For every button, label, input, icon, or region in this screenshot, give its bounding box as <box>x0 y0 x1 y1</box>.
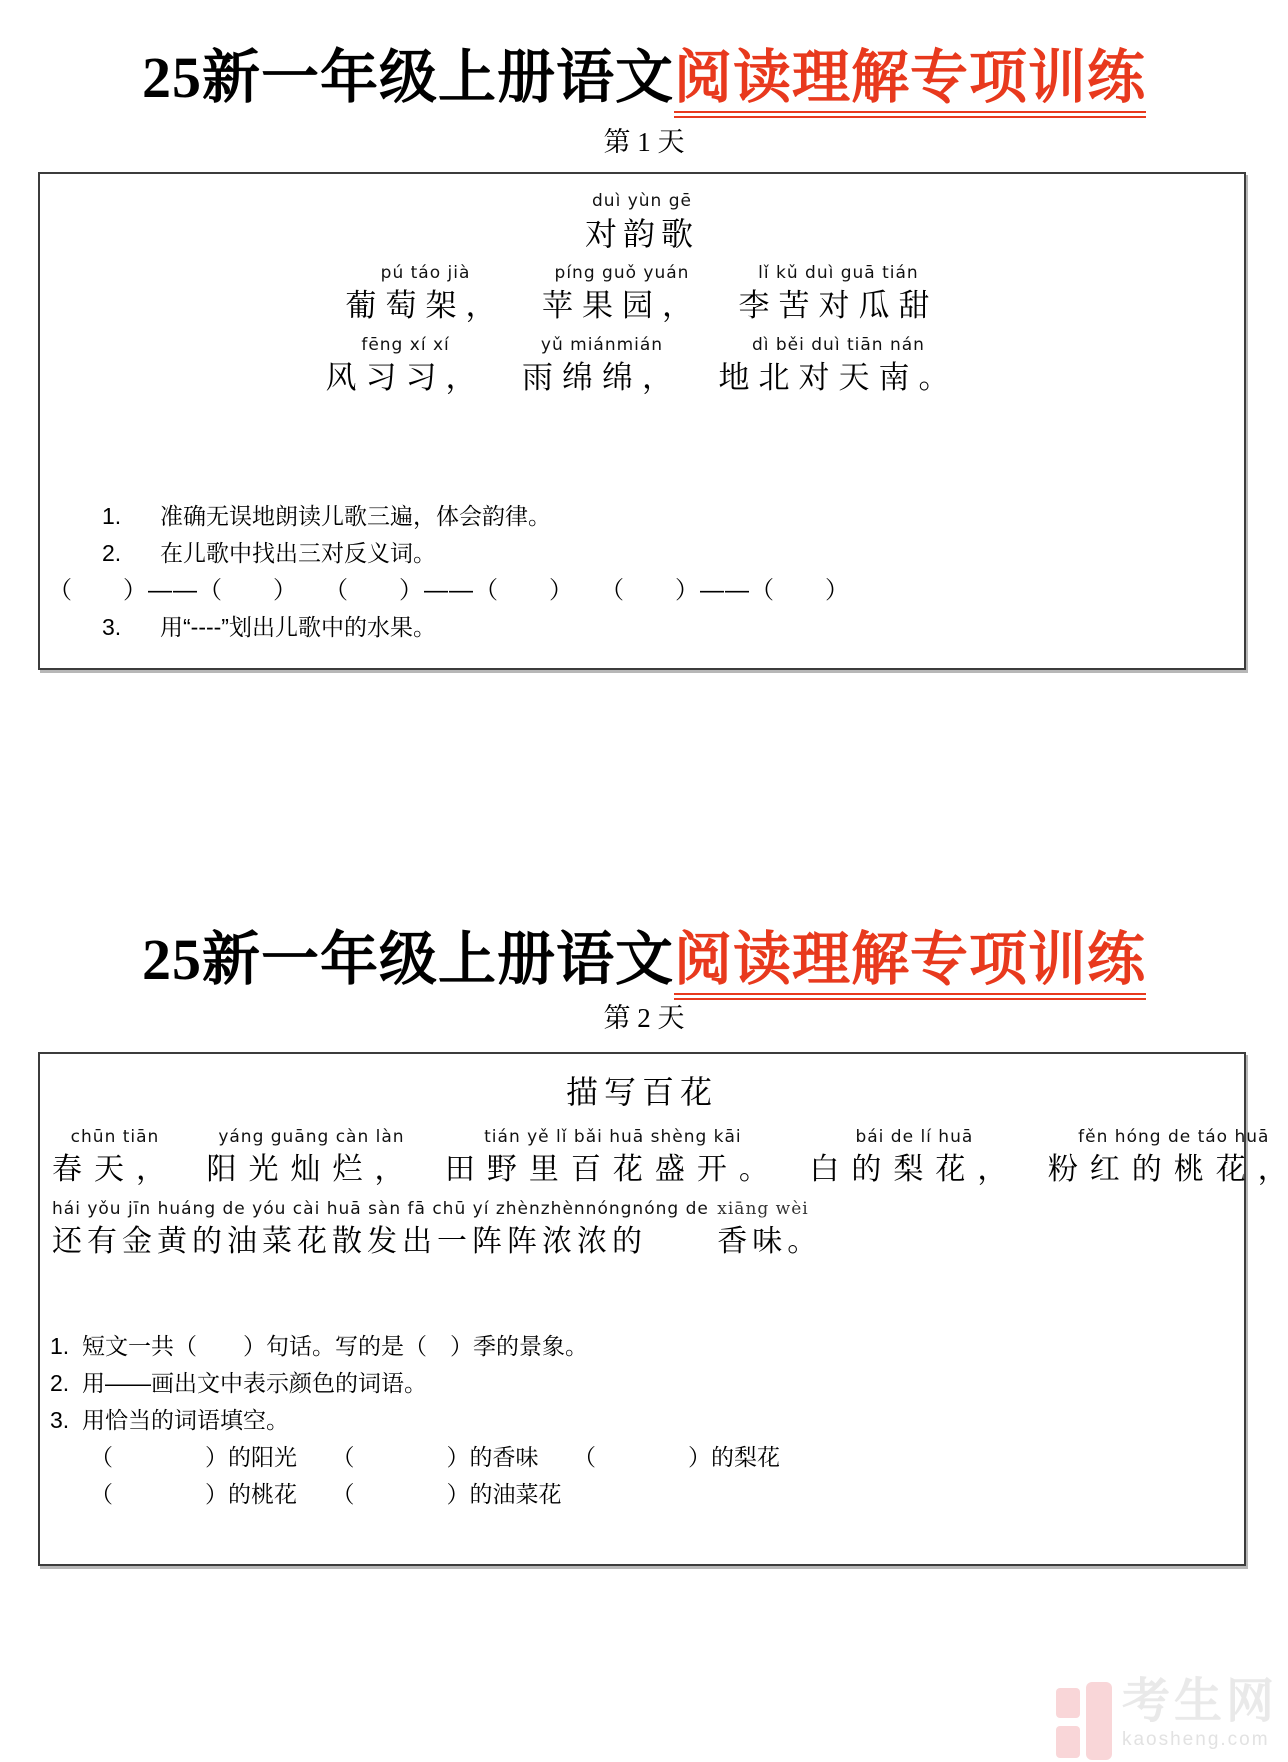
pinyin-text: yáng guāng càn làn <box>206 1126 416 1148</box>
ruby-segment: fěn hóng de táo huā 粉红的桃花， <box>1048 1126 1288 1192</box>
ruby-segment: 描写百花 <box>566 1070 718 1114</box>
hanzi-text: 描写百花 <box>566 1070 718 1114</box>
ruby-segment: duì yùn gē 对韵歌 <box>585 190 699 256</box>
ruby-segment: dì běi duì tiān nán 地北对天南。 <box>718 334 958 400</box>
hanzi-text: 地北对天南。 <box>718 356 958 400</box>
hanzi-text: 田野里百花盛开。 <box>445 1148 781 1192</box>
poem-line-2: fēng xí xí 风习习， yǔ miánmián 雨绵绵， dì běi … <box>40 334 1244 400</box>
exercise-item-3: 3.用恰当的词语填空。 <box>50 1402 1244 1439</box>
pinyin-text: yǔ miánmián <box>522 334 682 356</box>
ruby-segment: yǔ miánmián 雨绵绵， <box>522 334 682 400</box>
watermark-text: 考生网 kaosheng.com <box>1122 1676 1278 1752</box>
pinyin-text: bái de lí huā <box>809 1126 1019 1148</box>
pinyin-text: lǐ kǔ duì guā tián <box>738 262 938 284</box>
page-title-day1: 25新一年级上册语文阅读理解专项训练 <box>0 30 1288 114</box>
pinyin-text: duì yùn gē <box>585 190 699 212</box>
title-black-part: 25新一年级上册语文 <box>142 45 674 110</box>
hanzi-text: 粉红的桃花， <box>1048 1148 1288 1192</box>
pinyin-text: hái yǒu jīn huáng de yóu cài huā sàn fā … <box>52 1198 709 1220</box>
hanzi-text: 香味。 <box>717 1220 822 1264</box>
worksheet-box-day1: duì yùn gē 对韵歌 pú táo jià 葡萄架， píng guǒ … <box>38 172 1246 670</box>
hanzi-text: 李苦对瓜甜 <box>738 284 938 328</box>
ruby-segment: yáng guāng càn làn 阳光灿烂， <box>206 1126 416 1192</box>
poem-line-1: pú táo jià 葡萄架， píng guǒ yuán 苹果园， lǐ kǔ… <box>40 262 1244 328</box>
kaosheng-watermark: 考生网 kaosheng.com <box>1056 1676 1278 1760</box>
hanzi-text: 阳光灿烂， <box>206 1148 416 1192</box>
poem-block: duì yùn gē 对韵歌 pú táo jià 葡萄架， píng guǒ … <box>40 174 1244 400</box>
pinyin-text: dì běi duì tiān nán <box>718 334 958 356</box>
pinyin-text: fēng xí xí <box>326 334 486 356</box>
item-number: 3. <box>102 609 160 646</box>
item-text: 短文一共（ ）句话。写的是（ ）季的景象。 <box>82 1333 588 1359</box>
logo-block <box>1086 1682 1112 1760</box>
ruby-segment: chūn tiān 春天， <box>52 1126 178 1192</box>
title-red-part: 阅读理解专项训练 <box>674 927 1146 1000</box>
item-number: 3. <box>50 1402 82 1439</box>
exercise-list-day2: 1.短文一共（ ）句话。写的是（ ）季的景象。 2.用——画出文中表示颜色的词语… <box>40 1328 1244 1513</box>
passage-line-1: chūn tiān 春天， yáng guāng càn làn 阳光灿烂， t… <box>40 1126 1244 1192</box>
logo-block <box>1056 1726 1080 1758</box>
hanzi-text: 春天， <box>52 1148 178 1192</box>
watermark-cn-text: 考生网 <box>1122 1676 1278 1728</box>
hanzi-text: 葡萄架， <box>346 284 506 328</box>
item-text: 准确无误地朗读儿歌三遍，体会韵律。 <box>160 503 551 529</box>
antonym-blank-pairs: （ ）——（ ） （ ）——（ ） （ ）——（ ） <box>40 572 1244 609</box>
hanzi-text: 还有金黄的油菜花散发出一阵阵浓浓的 <box>52 1220 709 1264</box>
hanzi-text: 风习习， <box>326 356 486 400</box>
pinyin-text: pú táo jià <box>346 262 506 284</box>
fill-blank-line-1: （ ）的阳光 （ ）的香味 （ ）的梨花 <box>50 1439 1244 1476</box>
exercise-item-1: 1.短文一共（ ）句话。写的是（ ）季的景象。 <box>50 1328 1244 1365</box>
pinyin-text: fěn hóng de táo huā <box>1048 1126 1288 1148</box>
passage-line-2: hái yǒu jīn huáng de yóu cài huā sàn fā … <box>40 1198 1244 1264</box>
day-label-2: 第 2 天 <box>0 996 1288 1035</box>
worksheet-page: 25新一年级上册语文阅读理解专项训练 第 1 天 duì yùn gē 对韵歌 … <box>0 0 1288 1762</box>
pinyin-text: píng guǒ yuán <box>542 262 702 284</box>
ruby-segment: pú táo jià 葡萄架， <box>346 262 506 328</box>
ruby-segment: xiāng wèi 香味。 <box>717 1198 822 1264</box>
ruby-segment: hái yǒu jīn huáng de yóu cài huā sàn fā … <box>52 1198 709 1264</box>
worksheet-box-day2: 描写百花 chūn tiān 春天， yáng guāng càn làn 阳光… <box>38 1052 1246 1566</box>
pinyin-text: tián yě lǐ bǎi huā shèng kāi <box>445 1126 781 1148</box>
item-text: 在儿歌中找出三对反义词。 <box>160 540 436 566</box>
item-text: 用恰当的词语填空。 <box>82 1407 289 1433</box>
title-red-part: 阅读理解专项训练 <box>674 45 1146 118</box>
item-number: 1. <box>50 1328 82 1365</box>
kaosheng-logo-icon <box>1056 1682 1112 1760</box>
item-text: 用“----”划出儿歌中的水果。 <box>160 614 436 640</box>
poem-title: duì yùn gē 对韵歌 <box>40 190 1244 256</box>
day-label-1: 第 1 天 <box>0 120 1288 159</box>
ruby-segment: bái de lí huā 白的梨花， <box>809 1126 1019 1192</box>
exercise-item-3: 3.用“----”划出儿歌中的水果。 <box>40 609 1244 646</box>
item-number: 2. <box>50 1365 82 1402</box>
passage-title: 描写百花 <box>40 1070 1244 1114</box>
exercise-item-2: 2.在儿歌中找出三对反义词。 <box>40 535 1244 572</box>
watermark-en-text: kaosheng.com <box>1122 1728 1278 1752</box>
logo-block <box>1056 1688 1080 1718</box>
item-number: 1. <box>102 498 160 535</box>
item-number: 2. <box>102 535 160 572</box>
exercise-list-day1: 1.准确无误地朗读儿歌三遍，体会韵律。 2.在儿歌中找出三对反义词。 （ ）——… <box>40 498 1244 646</box>
hanzi-text: 白的梨花， <box>809 1148 1019 1192</box>
pinyin-text: chūn tiān <box>52 1126 178 1148</box>
passage-block: 描写百花 chūn tiān 春天， yáng guāng càn làn 阳光… <box>40 1054 1244 1264</box>
exercise-item-1: 1.准确无误地朗读儿歌三遍，体会韵律。 <box>40 498 1244 535</box>
hanzi-text: 苹果园， <box>542 284 702 328</box>
exercise-item-2: 2.用——画出文中表示颜色的词语。 <box>50 1365 1244 1402</box>
ruby-segment: tián yě lǐ bǎi huā shèng kāi 田野里百花盛开。 <box>445 1126 781 1192</box>
fill-blank-line-2: （ ）的桃花 （ ）的油菜花 <box>50 1476 1244 1513</box>
ruby-segment: fēng xí xí 风习习， <box>326 334 486 400</box>
item-text: 用——画出文中表示颜色的词语。 <box>82 1370 427 1396</box>
ruby-segment: lǐ kǔ duì guā tián 李苦对瓜甜 <box>738 262 938 328</box>
ruby-segment: píng guǒ yuán 苹果园， <box>542 262 702 328</box>
hanzi-text: 对韵歌 <box>585 212 699 256</box>
page-title-day2: 25新一年级上册语文阅读理解专项训练 <box>0 912 1288 996</box>
pinyin-text: xiāng wèi <box>717 1198 822 1220</box>
hanzi-text: 雨绵绵， <box>522 356 682 400</box>
title-black-part: 25新一年级上册语文 <box>142 927 674 992</box>
